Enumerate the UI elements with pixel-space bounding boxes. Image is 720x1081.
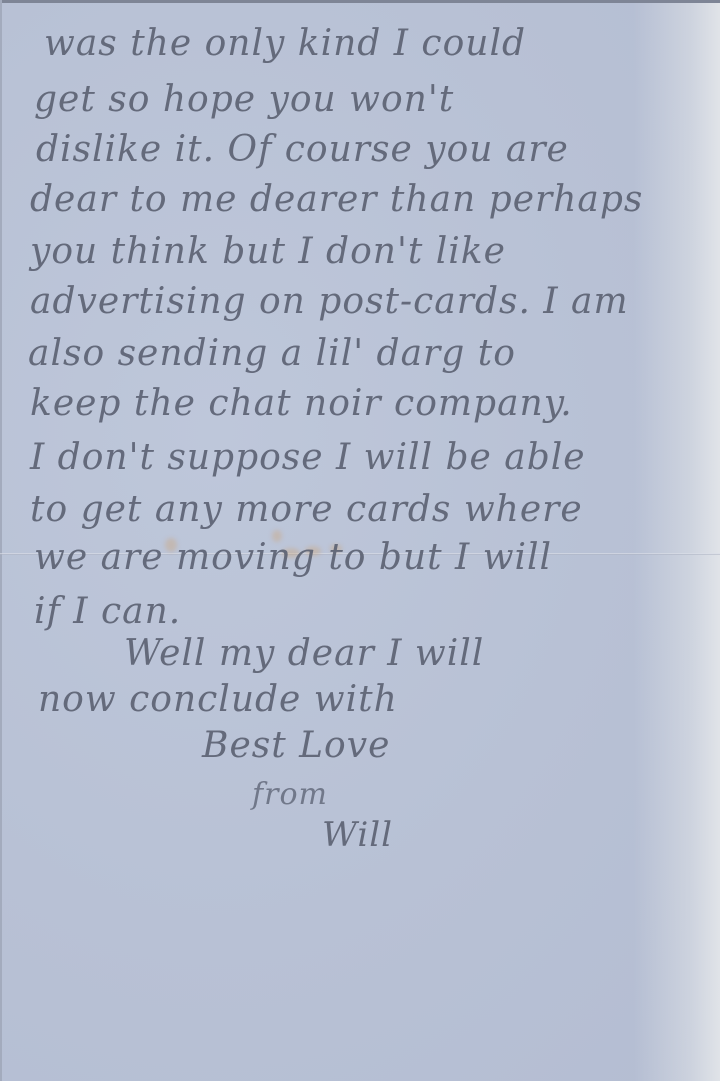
from-text: from — [252, 780, 328, 810]
letter-line: get so hope you won't — [34, 82, 454, 118]
letter-line: dear to me dearer than perhaps — [30, 182, 643, 218]
letter-line: I don't suppose I will be able — [30, 440, 586, 476]
letter-line: you think but I don't like — [30, 234, 506, 270]
letter-line: we are moving to but I will — [34, 540, 552, 576]
letter-line: also sending a lil' darg to — [28, 336, 516, 372]
signature: Will — [322, 818, 393, 852]
letter-line: to get any more cards where — [30, 492, 583, 528]
closing-line: now conclude with — [38, 682, 398, 718]
letter-line: was the only kind I could — [44, 26, 526, 62]
letter-page: was the only kind I could get so hope yo… — [0, 0, 720, 1081]
paper-left-edge — [0, 0, 2, 1081]
salutation: Best Love — [202, 728, 390, 764]
letter-line: if I can. — [34, 594, 181, 630]
paper-top-edge — [0, 0, 720, 3]
closing-line: Well my dear I will — [124, 636, 484, 672]
letter-line: dislike it. Of course you are — [36, 132, 569, 168]
letter-line: keep the chat noir company. — [30, 386, 573, 422]
letter-line: advertising on post-cards. I am — [30, 284, 629, 320]
